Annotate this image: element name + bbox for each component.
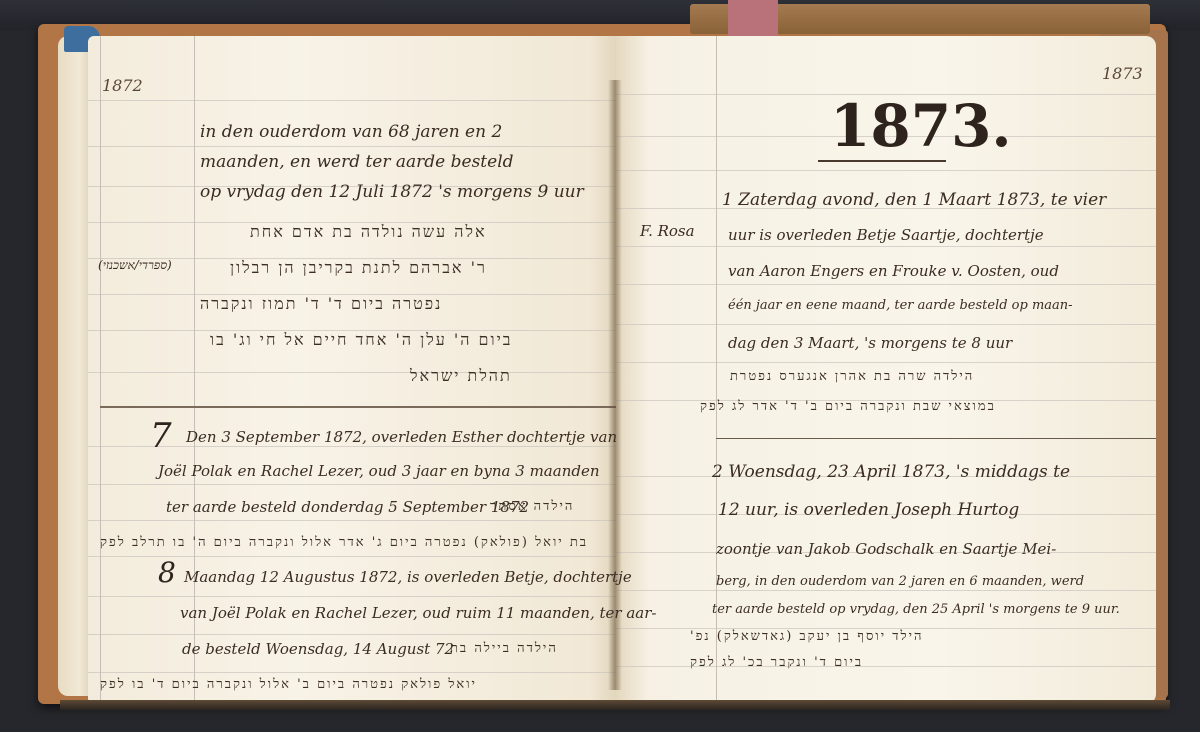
hebrew-line: נפטרה ביום ד' ד' תמוז ונקברה [200, 294, 442, 314]
pink-tab [728, 0, 778, 36]
entry-text: Woensdag, 23 April 1873, 's middags te [728, 462, 1070, 482]
book-bottom-edge [60, 700, 1170, 710]
left-page-number: 1872 [102, 76, 143, 95]
continuation-line-3: op vrydag den 12 Juli 1872 's morgens 9 … [200, 182, 584, 202]
hebrew-line: הילדה אסתר [490, 498, 574, 514]
hebrew-line: תהלת ישראל [410, 366, 512, 386]
continuation-line-1: in den ouderdom van 68 jaren en 2 [200, 122, 502, 142]
hebrew-line: ביום ד' ונקבר בכ' לג לפק [690, 654, 863, 670]
entry-number: 7 [150, 416, 172, 456]
hebrew-line: במוצאי שבת ונקברה ביום ב' ד' אדר לג לפק [700, 398, 996, 414]
entry-2-line-2: 12 uur, is overleden Joseph Hurtog [718, 500, 1019, 520]
hebrew-line: ביום ה' עלן ה' אחד חיים אל חי וג' בו [210, 330, 513, 350]
entry-7-line-3: ter aarde besteld donderdag 5 September … [166, 498, 529, 516]
entry-1-line-3: van Aaron Engers en Frouke v. Oosten, ou… [728, 262, 1059, 280]
hebrew-line: הילדה שרה בת אהרן אנגערס נפטרת [730, 368, 974, 384]
entry-number: 2 [712, 462, 723, 482]
entry-1-line-4: één jaar en eene maand, ter aarde bestel… [728, 298, 1073, 313]
book-spine-shadow [608, 80, 622, 690]
margin-note: F. Rosa [640, 222, 695, 240]
entry-divider [716, 438, 1156, 439]
year-heading-underline [818, 160, 946, 162]
entry-2-line-5: ter aarde besteld op vrydag, den 25 Apri… [712, 602, 1120, 617]
hebrew-line: בת יואל (פולאק) נפטרה ביום ג' אדר אלול ו… [100, 534, 588, 550]
entry-8-line-2: van Joël Polak en Rachel Lezer, oud ruim… [180, 604, 656, 622]
right-page-number: 1873 [1102, 64, 1143, 83]
entry-text: Zaterdag avond, den 1 Maart 1873, te vie… [738, 190, 1106, 210]
entry-2-line-4: berg, in den ouderdom van 2 jaren en 6 m… [716, 574, 1084, 589]
entry-8-line-3: de besteld Woensdag, 14 August 72 [182, 640, 454, 658]
hebrew-line: ר' אברהם לתנת בקריבן הן רבלון [230, 258, 487, 278]
hebrew-line: יואל פולאק נפטרה ביום ב' אלול ונקברה ביו… [100, 676, 477, 692]
entry-2-line-1: 2 Woensdag, 23 April 1873, 's middags te [712, 462, 1070, 482]
entry-divider [100, 406, 616, 408]
entry-7-line-1: Den 3 September 1872, overleden Esther d… [186, 428, 617, 446]
entry-7-line-2: Joël Polak en Rachel Lezer, oud 3 jaar e… [158, 462, 600, 480]
year-heading: 1873. [830, 92, 1012, 160]
entry-1-line-5: dag den 3 Maart, 's morgens te 8 uur [728, 334, 1012, 352]
entry-8-line-1: Maandag 12 Augustus 1872, is overleden B… [184, 568, 632, 586]
entry-number: 1 [722, 190, 733, 210]
continuation-line-2: maanden, en werd ter aarde besteld [200, 152, 514, 172]
hebrew-line: אלה עשה נולדה בת אדם אחת [250, 222, 487, 242]
hebrew-line: הילדה ביילה בת [450, 640, 558, 656]
entry-1-line-2: uur is overleden Betje Saartje, dochtert… [728, 226, 1044, 244]
entry-number: 8 [158, 556, 176, 589]
hebrew-line: הילד יוסף בן יעקב (גאדשאלק) נפ' [690, 628, 923, 644]
entry-2-line-3: zoontje van Jakob Godschalk en Saartje M… [716, 540, 1056, 558]
entry-1-line-1: 1 Zaterdag avond, den 1 Maart 1873, te v… [722, 190, 1106, 210]
margin-note: (ספרדי/אשכנזי) [98, 258, 172, 273]
